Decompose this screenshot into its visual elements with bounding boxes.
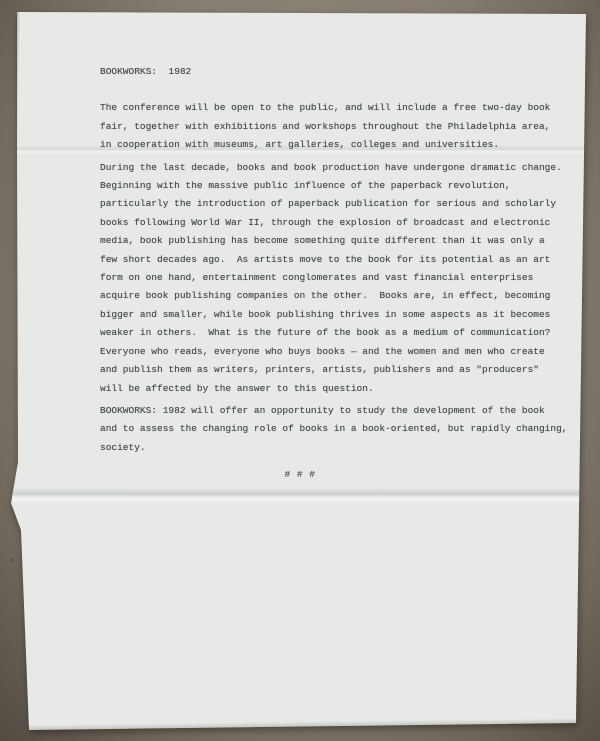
paper-bottom-edge-shadow	[22, 718, 578, 732]
paragraph-bookworks-purpose: BOOKWORKS: 1982 will offer an opportunit…	[100, 402, 582, 457]
letter-title: BOOKWORKS: 1982	[100, 63, 582, 81]
photo-background: BOOKWORKS: 1982 The conference will be o…	[0, 0, 600, 741]
end-mark: # # #	[100, 466, 500, 484]
paper-left-edge-shadow	[4, 12, 20, 732]
letter-body: BOOKWORKS: 1982 The conference will be o…	[100, 63, 582, 485]
letter-paper: BOOKWORKS: 1982 The conference will be o…	[0, 0, 600, 741]
paper-shadow: BOOKWORKS: 1982 The conference will be o…	[0, 0, 600, 741]
paragraph-book-production-change: During the last decade, books and book p…	[100, 159, 582, 398]
fold-crease-middle	[13, 488, 585, 503]
paragraph-conference-info: The conference will be open to the publi…	[100, 99, 582, 154]
